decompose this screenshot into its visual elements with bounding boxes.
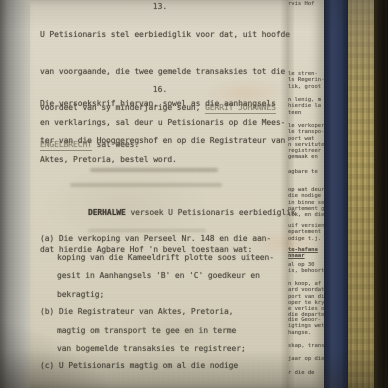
scanned-document-photo: 13. U Petisionaris stel eerbiediglik voo… bbox=[0, 0, 388, 388]
text-line: en verklarings, sal deur u Petisionaris … bbox=[40, 119, 285, 127]
partial-text-line: agbare te bbox=[288, 169, 328, 175]
text-line: magtig om transport te gee en in terme bbox=[40, 327, 246, 335]
partial-text-cluster: jaar op die bbox=[288, 356, 328, 362]
background-edge bbox=[374, 0, 388, 388]
partial-text-line: skap, trans- bbox=[288, 343, 328, 349]
partial-text-line: le transpo- bbox=[288, 129, 328, 135]
text-line: U Petisionaris stel eerbiediglik voor da… bbox=[40, 31, 290, 39]
derhalwe-emphasis: DERHALWE bbox=[88, 208, 126, 217]
text-line: bekragtig; bbox=[40, 291, 274, 299]
partial-text-cluster: le verkoper,le transpo-port watn servitu… bbox=[288, 123, 328, 161]
text-line: (a) Die verkoping van Perseel Nr. 148 en… bbox=[40, 235, 274, 243]
partial-text-cluster: op wat deurdie nodigein binne se-parteme… bbox=[288, 187, 328, 218]
partial-text-cluster: n koop, afard voordatport van dieoper te… bbox=[288, 281, 328, 319]
ink-showthrough-mark bbox=[90, 168, 218, 172]
partial-text-cluster: skap, trans- bbox=[288, 343, 328, 349]
text-line: koping van die Kameeldrift plotte soos u… bbox=[40, 254, 274, 262]
partial-text-line: teen bbox=[288, 110, 328, 116]
document-page: 13. U Petisionaris stel eerbiediglik voo… bbox=[30, 0, 324, 388]
partial-text-cluster: rvis Hof bbox=[288, 1, 328, 7]
partial-text-line: gemaak en bbox=[288, 154, 328, 160]
text-line: Aktes, Pretoria, bestel word. bbox=[40, 156, 285, 164]
partial-text-line: lik, groot bbox=[288, 84, 328, 90]
partial-text-cluster: n lenig, mhierdie lateen bbox=[288, 97, 328, 116]
partial-text-line: lik, en die bbox=[288, 212, 328, 218]
text-line: (b) Die Registrateur van Aktes, Pretoria… bbox=[40, 308, 246, 316]
underlying-page-strip: rvis Hof le stren-ls Regerin-lik, groot … bbox=[288, 0, 328, 388]
partial-text-line: ls Regerin- bbox=[288, 77, 328, 83]
partial-text-cluster: te-hafanannaar bbox=[288, 247, 328, 260]
partial-text-cluster: die Geoor-igtings wet,'hangse. bbox=[288, 317, 328, 336]
page-number: 13. bbox=[30, 2, 290, 11]
ink-showthrough-mark bbox=[70, 183, 222, 187]
partial-text-line: odige t.j. bbox=[288, 236, 328, 242]
paragraph-16: Die versoekskrif hiervan, sowel as die a… bbox=[40, 100, 285, 174]
text-line: gesit in Aanhangsels 'B' en 'C' goedkeur… bbox=[40, 272, 274, 280]
text-line: (c) U Petisionaris magtig om al die nodi… bbox=[40, 362, 238, 370]
text-line: Die versoekskrif hiervan, sowel as die a… bbox=[40, 100, 285, 108]
text-line: DERHALWE versoek U Petisionaris eerbiedi… bbox=[40, 209, 296, 217]
book-binding bbox=[324, 0, 348, 388]
text-line: van voorgaande, die twee gemelde transak… bbox=[40, 68, 290, 76]
text-line: ter van die Hooggeregshof en op die Regi… bbox=[40, 137, 285, 145]
partial-text-line: ard voordat bbox=[288, 287, 328, 293]
partial-text-line: nnaar bbox=[288, 253, 328, 259]
partial-text-cluster: r die de bbox=[288, 370, 328, 376]
partial-text-line: is, behoort bbox=[288, 268, 328, 274]
partial-text-line: in binne se- bbox=[288, 200, 328, 206]
partial-text-line: jaar op die bbox=[288, 356, 328, 362]
partial-text-cluster: uif versienepartementodige t.j. bbox=[288, 223, 328, 242]
order-item-c: (c) U Petisionaris magtig om al die nodi… bbox=[40, 362, 238, 381]
order-item-b: (b) Die Registrateur van Aktes, Pretoria… bbox=[40, 308, 246, 364]
partial-text-line: r die de bbox=[288, 370, 328, 376]
paragraph-number-16: 16. bbox=[30, 85, 290, 94]
partial-text-cluster: al op 30is, behoort bbox=[288, 262, 328, 275]
partial-text-line: igtings wet,' bbox=[288, 323, 328, 329]
partial-text-line: hangse. bbox=[288, 330, 328, 336]
text-line: van bogemelde transaksies te registreer; bbox=[40, 345, 246, 353]
partial-text-cluster: le stren-ls Regerin-lik, groot bbox=[288, 71, 328, 90]
partial-text-line: rvis Hof bbox=[288, 1, 328, 7]
partial-text-cluster: agbare te bbox=[288, 169, 328, 175]
partial-text-line: port van die bbox=[288, 294, 328, 300]
order-item-a: (a) Die verkoping van Perseel Nr. 148 en… bbox=[40, 235, 274, 309]
text-run: versoek U Petisionaris eerbiediglik bbox=[126, 208, 296, 217]
book-page-block-edge bbox=[348, 0, 376, 388]
